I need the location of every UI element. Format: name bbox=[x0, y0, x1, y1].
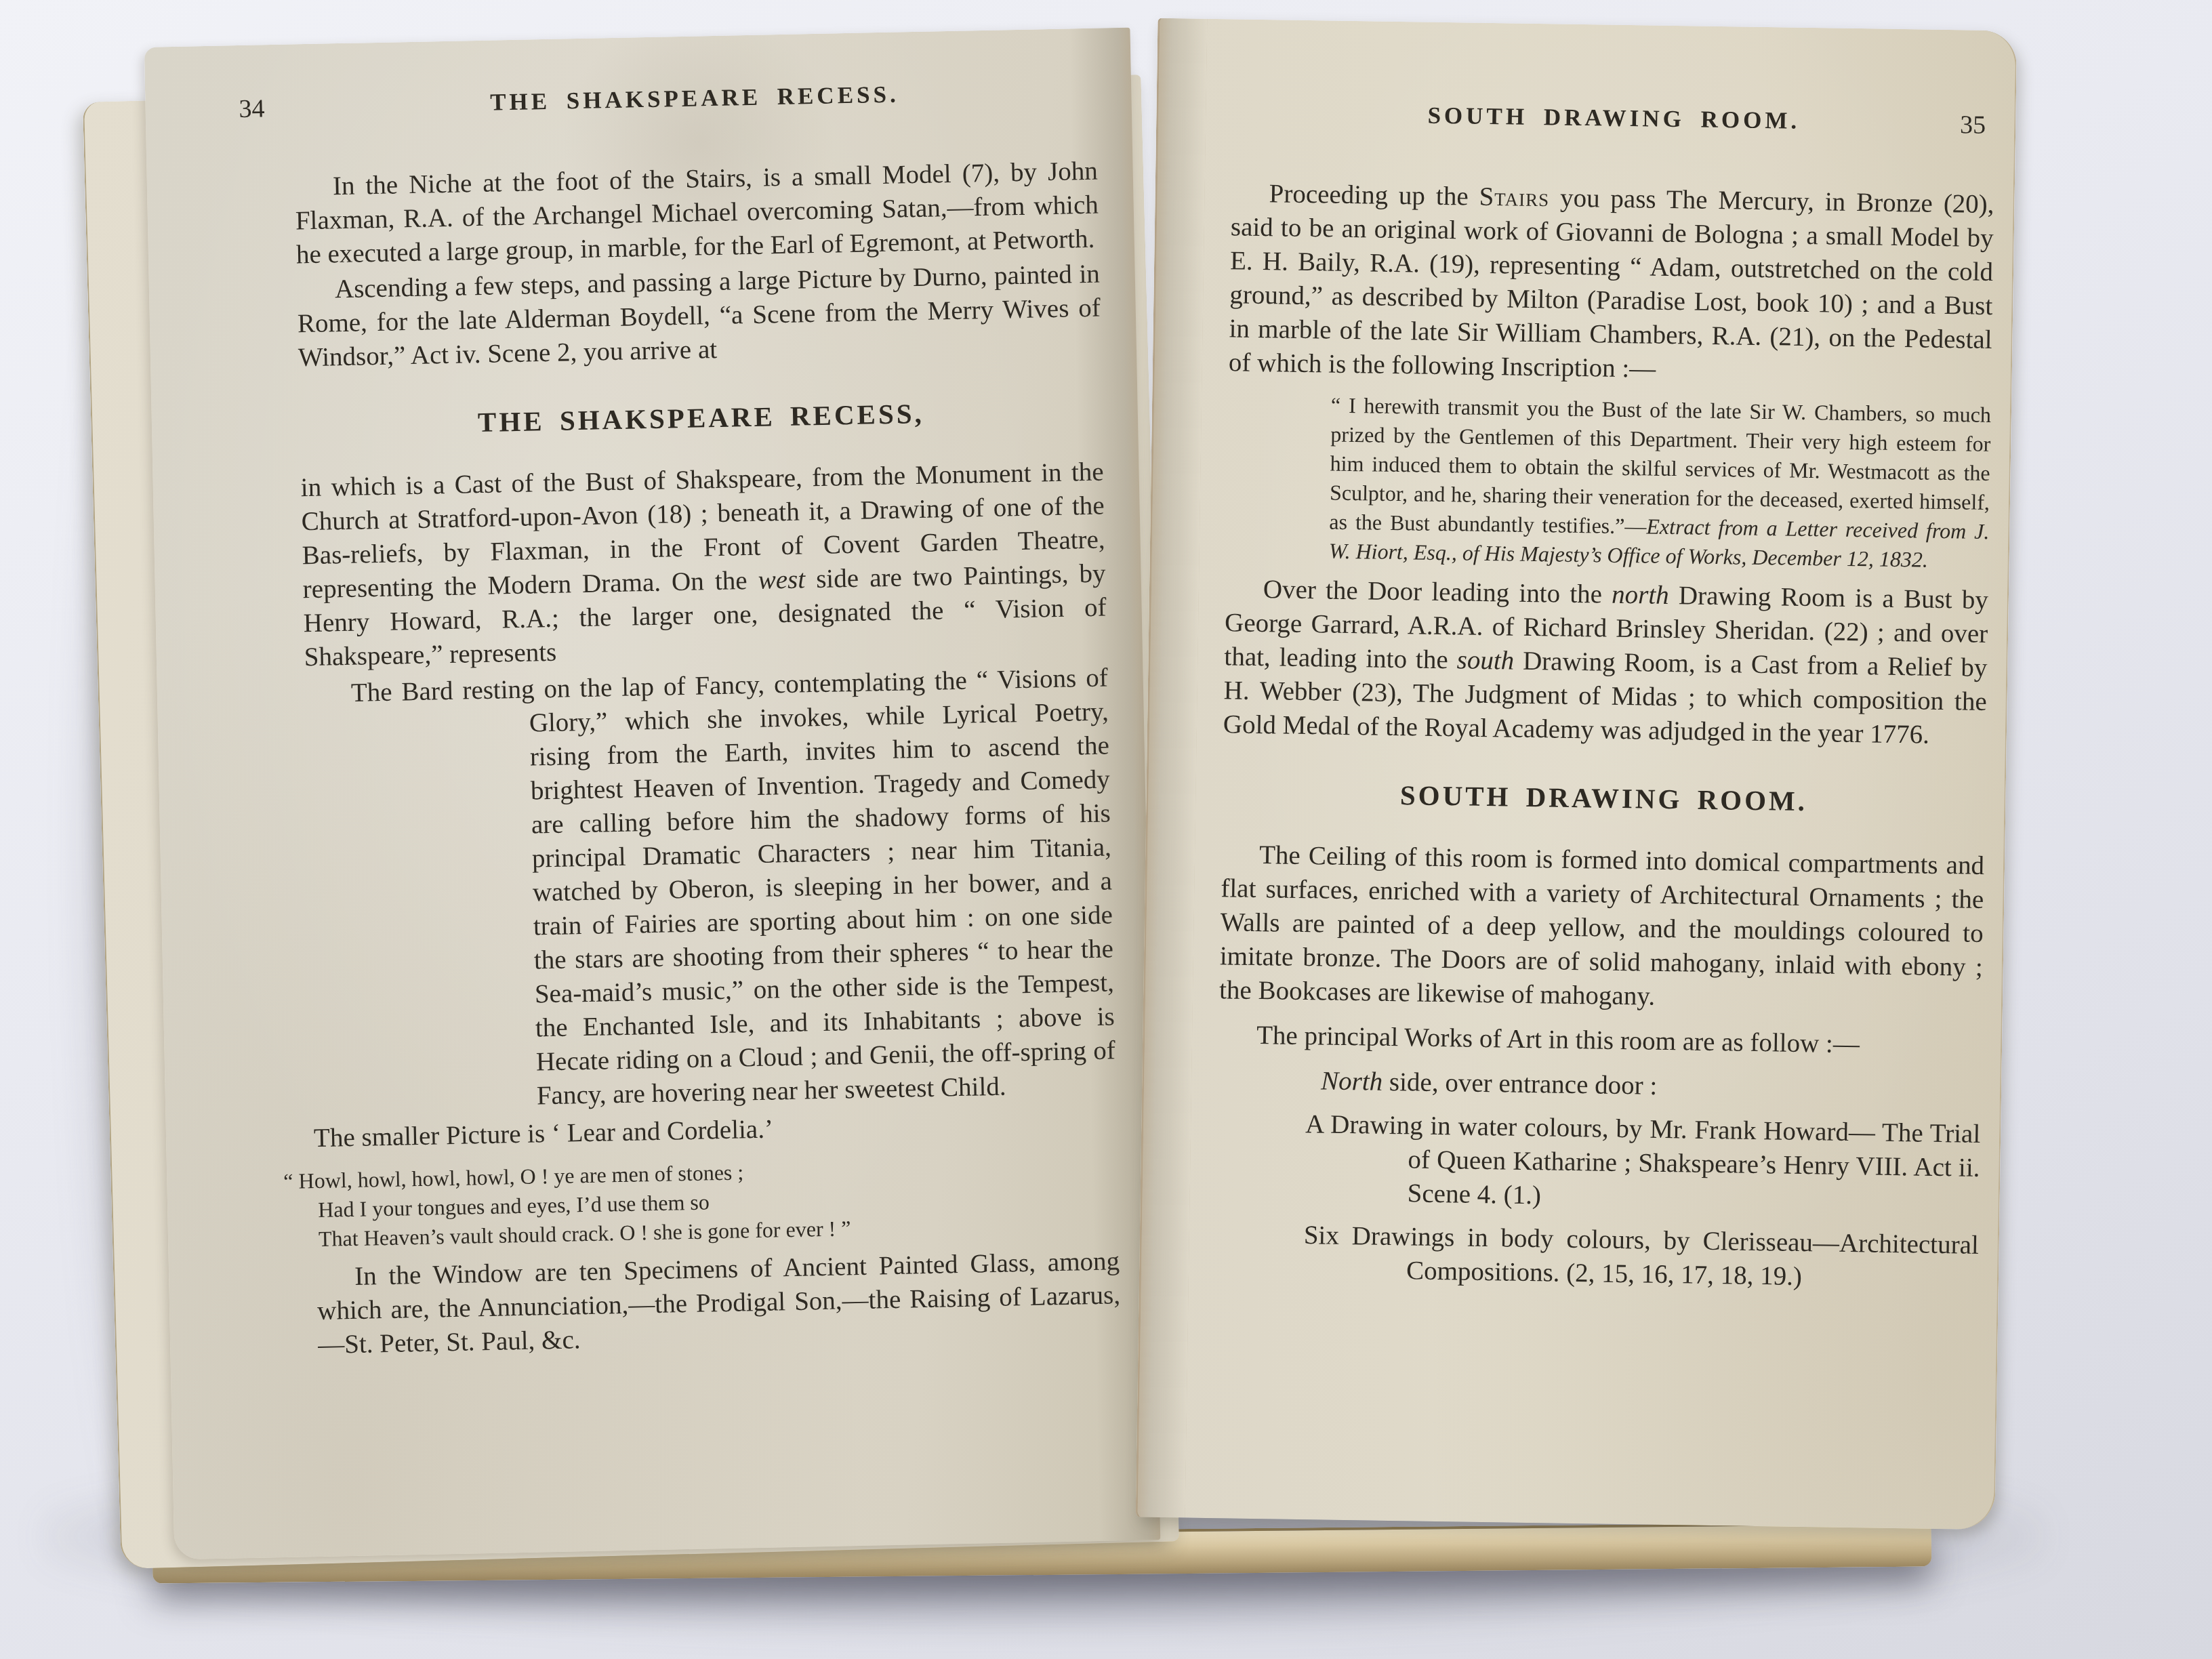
page-34-number: 34 bbox=[239, 94, 265, 124]
south-italic: south bbox=[1456, 645, 1514, 675]
artwork-item-drawing: A Drawing in water colours, by Mr. Frank… bbox=[1216, 1106, 1980, 1219]
paragraph-proceeding: Proceeding up the Stairs you pass The Me… bbox=[1229, 176, 1994, 391]
running-title-left: THE SHAKSPEARE RECESS. bbox=[293, 77, 1097, 121]
paragraph-proceeding-text: Proceeding up the bbox=[1269, 179, 1479, 211]
page-34-header: 34 THE SHAKSPEARE RECESS. bbox=[293, 77, 1097, 129]
bard-description-block: The Bard resting on the lap of Fancy, co… bbox=[304, 661, 1116, 1118]
recess-heading: THE SHAKSPEARE RECESS, bbox=[300, 393, 1103, 443]
paragraph-proceeding-tail: you pass The Mercury, in Bronze (20), sa… bbox=[1229, 183, 1994, 383]
pedestal-inscription: “ I herewith transmit you the Bust of th… bbox=[1226, 389, 1992, 575]
over-door-text: Over the Door leading into the bbox=[1263, 575, 1612, 609]
north-italic: north bbox=[1612, 580, 1669, 610]
paragraph-ascending: Ascending a few steps, and passing a lar… bbox=[296, 258, 1101, 375]
book-photograph: 34 THE SHAKSPEARE RECESS. In the Niche a… bbox=[0, 0, 2212, 1659]
paragraph-principal-works: The principal Works of Art in this room … bbox=[1218, 1018, 1982, 1063]
north-side-line: North side, over entrance door : bbox=[1218, 1063, 1982, 1108]
page-34: 34 THE SHAKSPEARE RECESS. In the Niche a… bbox=[144, 28, 1161, 1560]
south-drawing-room-heading: SOUTH DRAWING ROOM. bbox=[1222, 775, 1986, 821]
running-title-right: SOUTH DRAWING ROOM. bbox=[1232, 99, 1995, 138]
lear-quotation: “ Howl, howl, howl, howl, O ! ye are men… bbox=[283, 1150, 1119, 1254]
paragraph-window: In the Window are ten Specimens of Ancie… bbox=[316, 1244, 1122, 1362]
page-35-text-block: Proceeding up the Stairs you pass The Me… bbox=[1215, 176, 1994, 1296]
paragraph-ceiling: The Ceiling of this room is formed into … bbox=[1219, 838, 1985, 1019]
page-34-text-block: In the Niche at the foot of the Stairs, … bbox=[294, 155, 1121, 1362]
paragraph-over-door: Over the Door leading into the north Dra… bbox=[1223, 572, 1989, 753]
page-35: SOUTH DRAWING ROOM. 35 Proceeding up the… bbox=[1136, 18, 2018, 1530]
north-side-rest: side, over entrance door : bbox=[1382, 1067, 1658, 1101]
page-35-number: 35 bbox=[1960, 110, 1986, 140]
paragraph-cast: in which is a Cast of the Bust of Shaksp… bbox=[300, 455, 1107, 675]
north-side-italic: North bbox=[1321, 1066, 1383, 1096]
stairs-smallcaps: Stairs bbox=[1479, 182, 1549, 213]
paragraph-niche: In the Niche at the foot of the Stairs, … bbox=[294, 155, 1099, 272]
page-35-header: SOUTH DRAWING ROOM. 35 bbox=[1232, 99, 1996, 146]
west-italic: west bbox=[758, 565, 805, 594]
artwork-item-six-drawings: Six Drawings in body colours, by Cleriss… bbox=[1215, 1217, 1979, 1296]
